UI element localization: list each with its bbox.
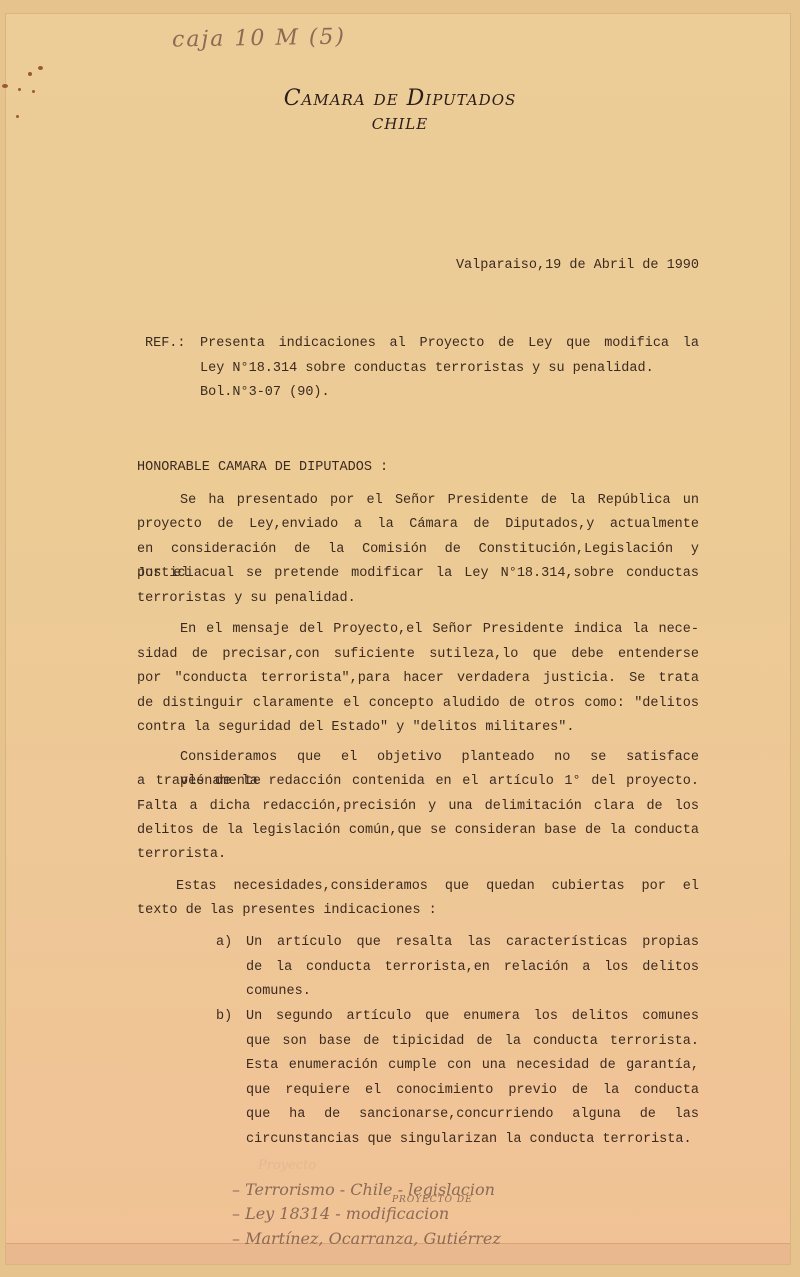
letterhead-title: Camara de Diputados [0,86,800,111]
ref-line: Bol.N°3-07 (90). [200,381,330,405]
paragraph-line: En el mensaje del Proyecto,el Señor Pres… [180,618,699,642]
list-line: que son base de tipicidad de la conducta… [246,1030,699,1054]
paragraph-line: por el cual se pretende modificar la Ley… [137,562,699,586]
ref-label: REF.: [145,332,186,356]
list-marker: b) [216,1005,232,1029]
list-line: que ha de sancionarse,concurriendo algun… [246,1103,699,1127]
archive-handwritten-note: caja 10 M (5) [172,24,346,52]
ref-line: Ley N°18.314 sobre conductas terroristas… [200,357,654,381]
paragraph-line: sidad de precisar,con suficiente sutilez… [137,643,699,667]
list-line: Un segundo artículo que enumera los deli… [246,1005,699,1029]
handwritten-ghost-text: Proyecto [258,1158,316,1173]
letterhead-subtitle: CHILE [0,115,800,133]
paragraph-line: terrorista. [137,843,226,867]
ref-line: Presenta indicaciones al Proyecto de Ley… [200,332,699,356]
handwritten-annotation: – Martínez, Ocarranza, Gutiérrez [232,1229,501,1248]
list-line: Esta enumeración cumple con una necesida… [246,1054,699,1078]
paragraph-line: en consideración de la Comisión de Const… [137,538,699,562]
paragraph-line: proyecto de Ley,enviado a la Cámara de D… [137,513,699,537]
paragraph-line: Consideramos que el objetivo planteado n… [180,746,699,770]
paragraph-line: contra la seguridad del Estado" y "delit… [137,716,574,740]
list-line: que requiere el conocimiento previo de l… [246,1079,699,1103]
paragraph-line: de distinguir claramente el concepto alu… [137,692,699,716]
list-marker: a) [216,931,232,955]
paragraph-line: a traveś de la redacción contenida en el… [137,770,699,794]
paragraph-line: Falta a dicha redacción,precisión y una … [137,795,699,819]
paragraph-line: Estas necesidades,consideramos que queda… [176,875,699,899]
paragraph-line: terroristas y su penalidad. [137,587,356,611]
paragraph-line: por "conducta terrorista",para hacer ver… [137,667,699,691]
list-line: comunes. [246,980,311,1004]
list-line: Un artículo que resalta las característi… [246,931,699,955]
handwritten-annotation: – Ley 18314 - modificacion [232,1204,449,1223]
paragraph-line: delitos de la legislación común,que se c… [137,819,699,843]
paragraph-line: texto de las presentes indicaciones : [137,899,437,923]
salutation: HONORABLE CAMARA DE DIPUTADOS : [137,456,388,480]
document-date: Valparaiso,19 de Abril de 1990 [456,258,699,273]
list-line: de la conducta terrorista,en relación a … [246,956,699,980]
list-line: circunstancias que singularizan la condu… [246,1128,692,1152]
paragraph-line: Se ha presentado por el Señor Presidente… [180,489,699,513]
